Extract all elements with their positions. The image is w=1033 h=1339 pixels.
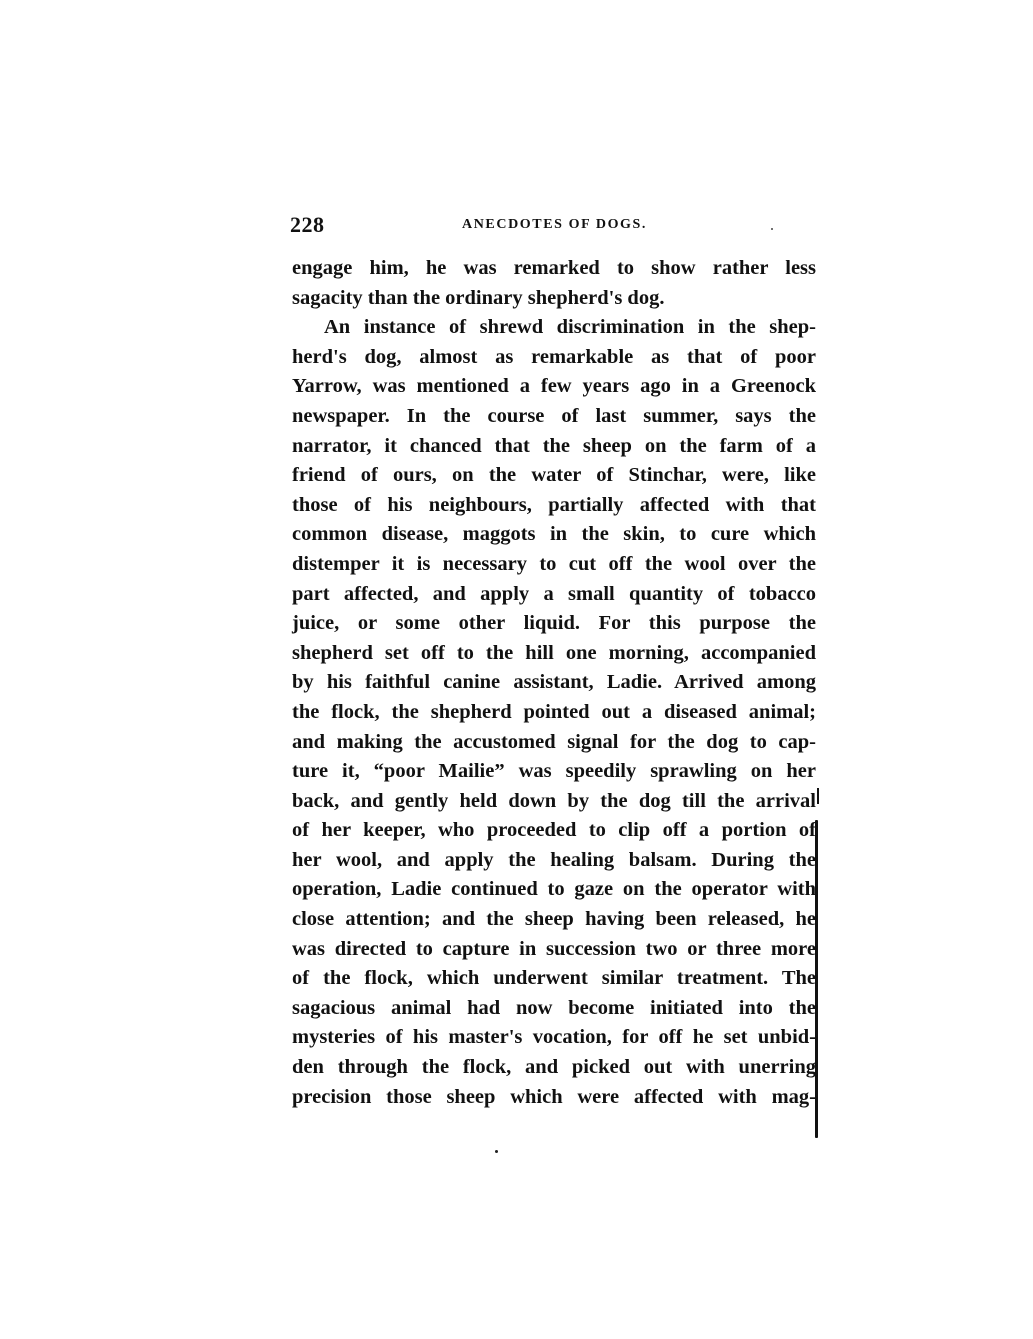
text-line: distemper it is necessary to cut off the… xyxy=(292,550,816,580)
text-line: herd's dog, almost as remarkable as that… xyxy=(292,343,816,373)
page-number: 228 xyxy=(290,212,325,238)
text-line: of her keeper, who proceeded to clip off… xyxy=(292,816,816,846)
page-header: 228 ANECDOTES OF DOGS. xyxy=(290,212,810,242)
text-line: precision those sheep which were affecte… xyxy=(292,1083,816,1113)
print-speck xyxy=(771,228,773,230)
text-line: common disease, maggots in the skin, to … xyxy=(292,520,816,550)
text-line: ture it, “poor Mailie” was speedily spra… xyxy=(292,757,816,787)
text-line: friend of ours, on the water of Stinchar… xyxy=(292,461,816,491)
scan-edge-bar xyxy=(815,820,818,1138)
text-line: the flock, the shepherd pointed out a di… xyxy=(292,698,816,728)
text-line: was directed to capture in succession tw… xyxy=(292,935,816,965)
text-line: sagacity than the ordinary shepherd's do… xyxy=(292,284,816,314)
text-line: den through the flock, and picked out wi… xyxy=(292,1053,816,1083)
text-line: juice, or some other liquid. For this pu… xyxy=(292,609,816,639)
text-line: engage him, he was remarked to show rath… xyxy=(292,254,816,284)
print-speck xyxy=(495,1150,498,1153)
text-line: back, and gently held down by the dog ti… xyxy=(292,787,816,817)
text-line: Yarrow, was mentioned a few years ago in… xyxy=(292,372,816,402)
text-line: narrator, it chanced that the sheep on t… xyxy=(292,432,816,462)
text-line: close attention; and the sheep having be… xyxy=(292,905,816,935)
text-line: newspaper. In the course of last summer,… xyxy=(292,402,816,432)
text-line: operation, Ladie continued to gaze on th… xyxy=(292,875,816,905)
running-head: ANECDOTES OF DOGS. xyxy=(462,217,647,233)
text-line: those of his neighbours, partially affec… xyxy=(292,491,816,521)
text-line: and making the accustomed signal for the… xyxy=(292,728,816,758)
text-line: her wool, and apply the healing balsam. … xyxy=(292,846,816,876)
text-line: of the flock, which underwent similar tr… xyxy=(292,964,816,994)
paragraph-start-line: An instance of shrewd discrimination in … xyxy=(292,313,816,343)
text-line: part affected, and apply a small quantit… xyxy=(292,580,816,610)
text-line: mysteries of his master's vocation, for … xyxy=(292,1023,816,1053)
body-text: engage him, he was remarked to show rath… xyxy=(292,254,816,1112)
book-page: 228 ANECDOTES OF DOGS. engage him, he wa… xyxy=(0,0,1033,1339)
text-line: by his faithful canine assistant, Ladie.… xyxy=(292,668,816,698)
scan-edge-mark xyxy=(817,788,819,804)
text-line: sagacious animal had now become initiate… xyxy=(292,994,816,1024)
text-line: shepherd set off to the hill one morning… xyxy=(292,639,816,669)
